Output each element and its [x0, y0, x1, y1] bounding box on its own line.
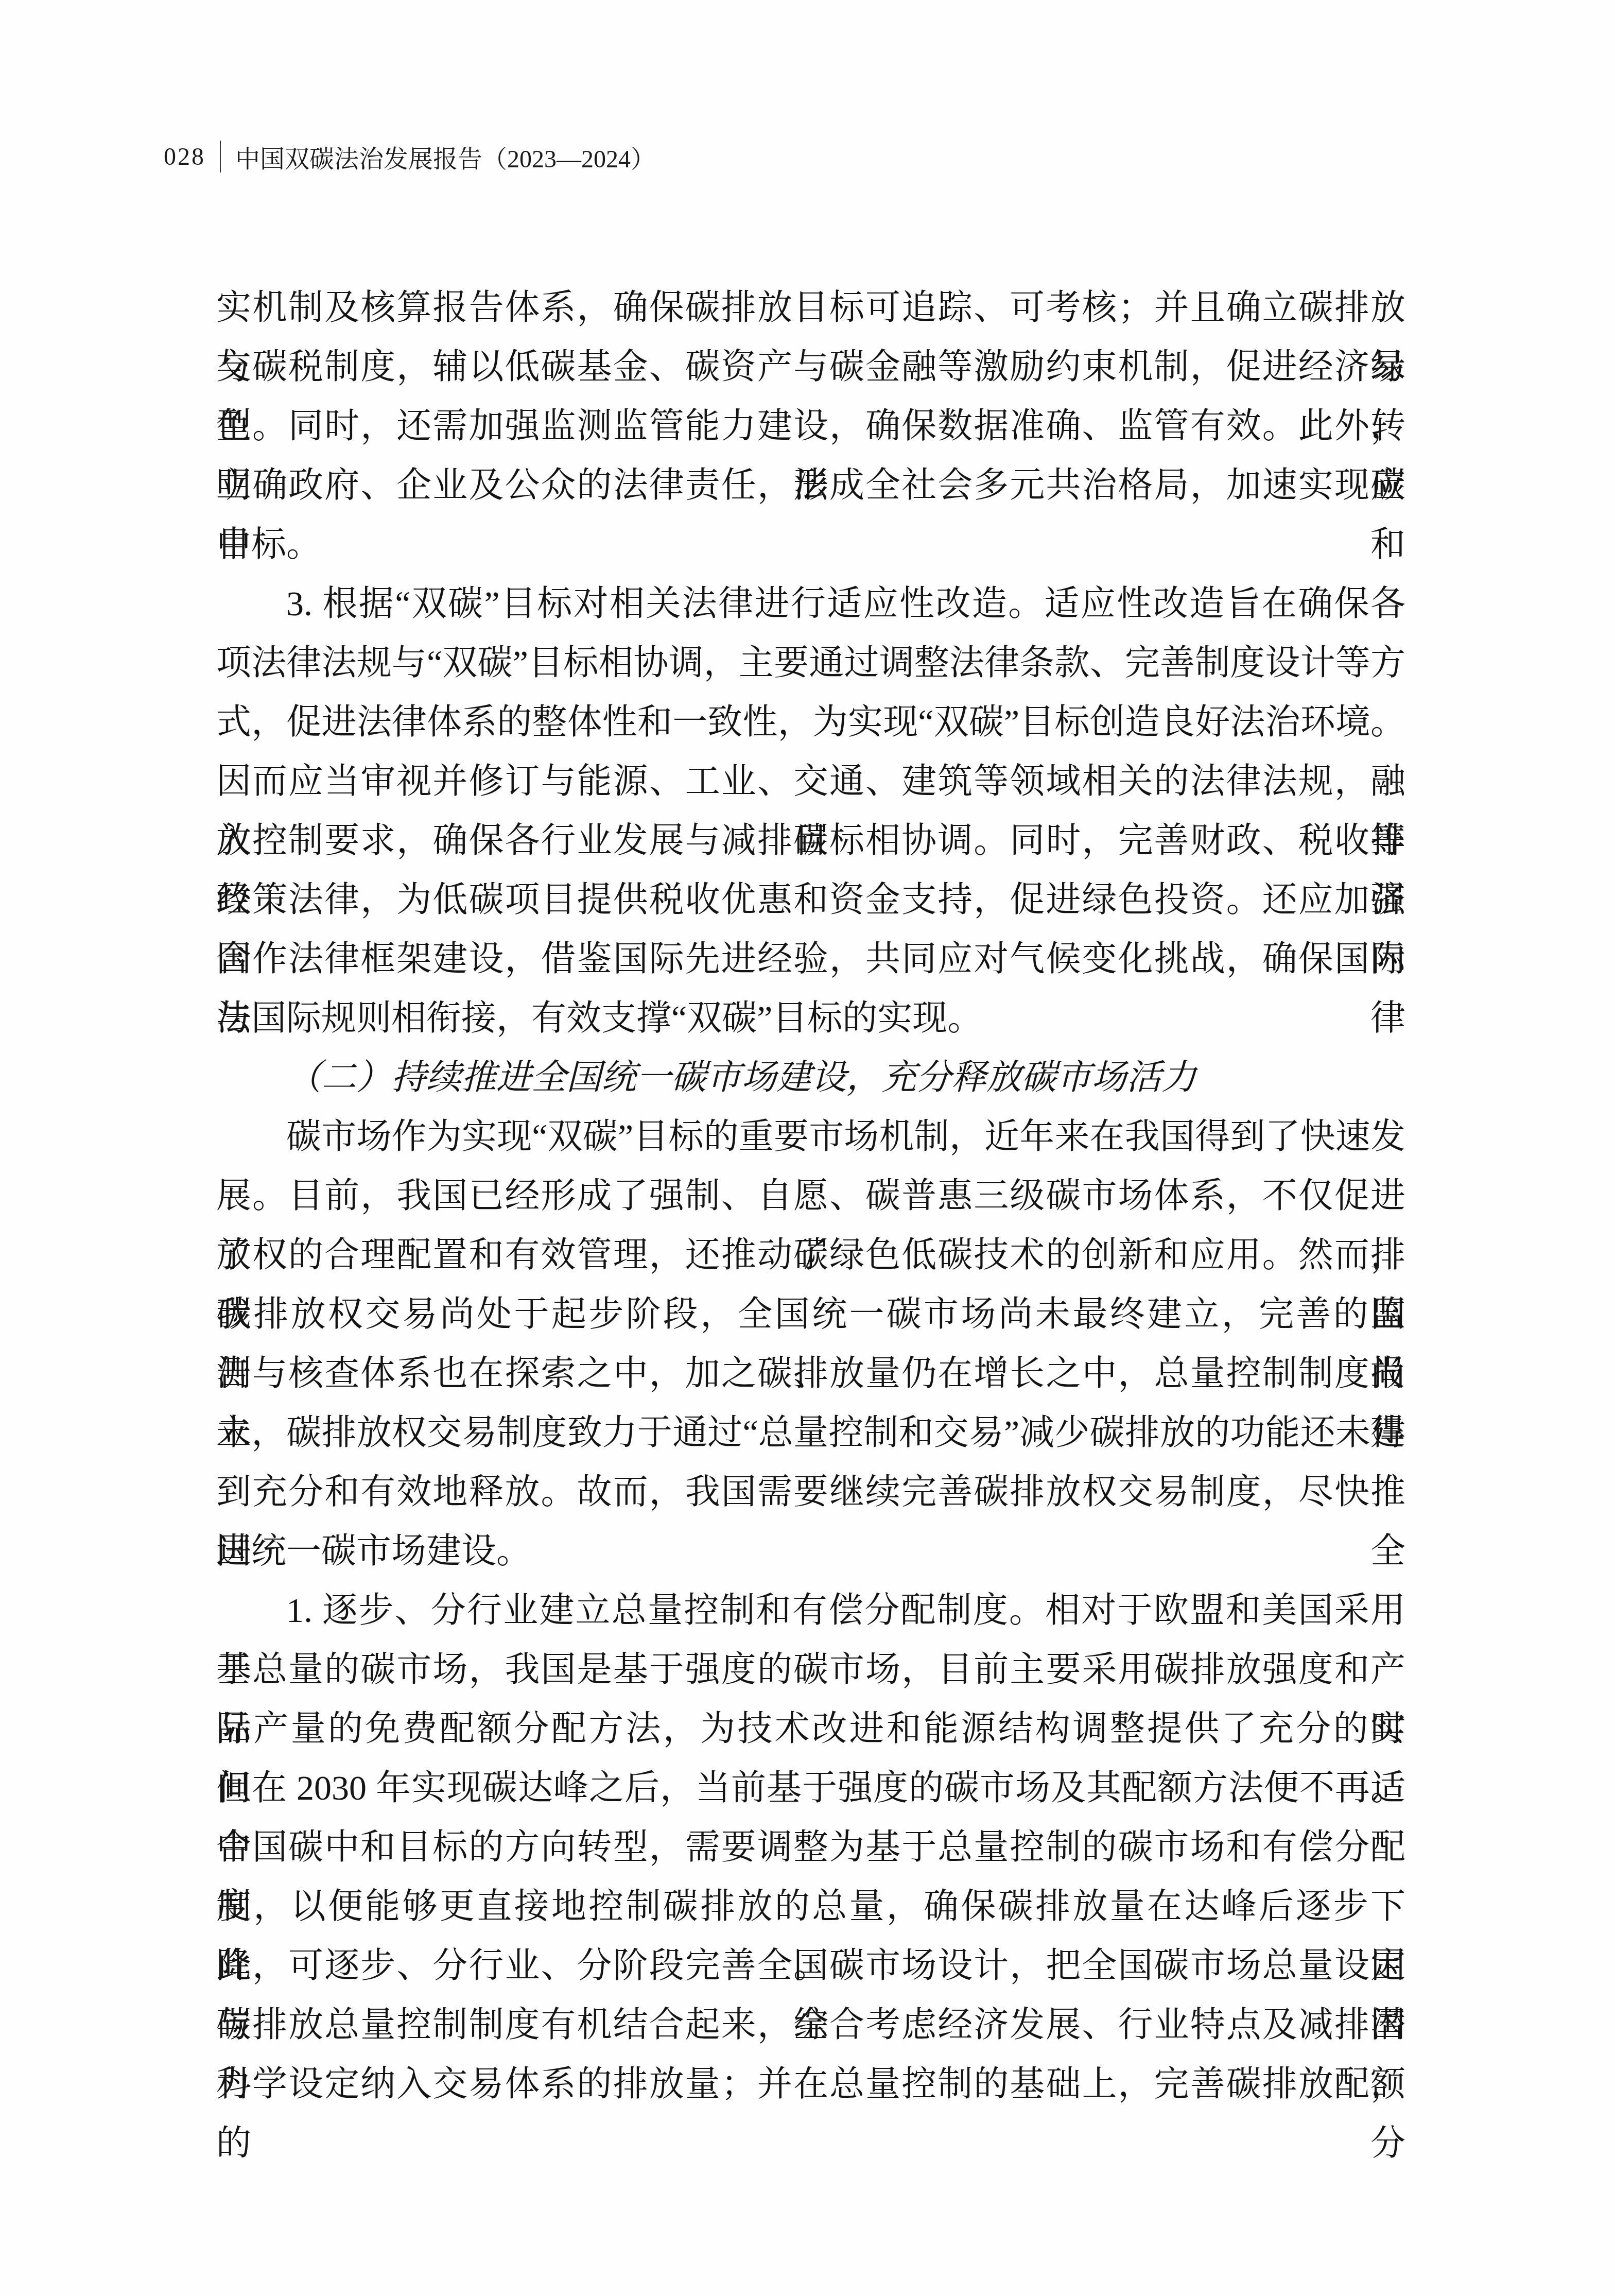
text-line: 放控制要求，确保各行业发展与减排目标相协调。同时，完善财政、税收等经济 — [216, 811, 1405, 870]
text-line: 但在 2030 年实现碳达峰之后，当前基于强度的碳市场及其配额方法便不再适合 — [216, 1758, 1405, 1818]
text-line: 此，可逐步、分行业、分阶段完善全国碳市场设计，把全国碳市场总量设定与全国 — [216, 1936, 1405, 1995]
text-line: 际产量的免费配额分配方法，为技术改进和能源结构调整提供了充分的时间。 — [216, 1699, 1405, 1758]
text-line: 立，碳排放权交易制度致力于通过“总量控制和交易”减少碳排放的功能还未得 — [216, 1403, 1405, 1462]
text-line: 式，促进法律体系的整体性和一致性，为实现“双碳”目标创造良好法治环境。 — [216, 693, 1405, 752]
text-line: 型。同时，还需加强监测监管能力建设，确保数据准确、监管有效。此外，立法应 — [216, 396, 1405, 456]
paragraph: 碳市场作为实现“双碳”目标的重要市场机制，近年来在我国得到了快速发展。目前，我国… — [216, 1107, 1405, 1581]
page-header: 028 中国双碳法治发展报告（2023—2024） — [164, 138, 655, 175]
text-line: 碳排放总量控制制度有机结合起来，综合考虑经济发展、行业特点及减排潜力， — [216, 1995, 1405, 2055]
heading-line: （二）持续推进全国统一碳市场建设，充分释放碳市场活力 — [216, 1048, 1405, 1107]
text-line: 到充分和有效地释放。故而，我国需要继续完善碳排放权交易制度，尽快推进全 — [216, 1462, 1405, 1522]
text-line: 度，以便能够更直接地控制碳排放的总量，确保碳排放量在达峰后逐步下降。因 — [216, 1877, 1405, 1936]
running-head-book-title: 中国双碳法治发展报告（2023—2024） — [235, 139, 655, 175]
paragraph: 1. 逐步、分行业建立总量控制和有偿分配制度。相对于欧盟和美国采用基于总量的碳市… — [216, 1581, 1405, 2114]
book-page: 028 中国双碳法治发展报告（2023—2024） 实机制及核算报告体系，确保碳… — [0, 0, 1615, 2296]
text-line: 与碳税制度，辅以低碳基金、碳资产与碳金融等激励约束机制，促进经济绿色转 — [216, 337, 1405, 396]
text-line: 碳市场作为实现“双碳”目标的重要市场机制，近年来在我国得到了快速发 — [216, 1107, 1405, 1166]
text-line: 因而应当审视并修订与能源、工业、交通、建筑等领域相关的法律法规，融入碳排 — [216, 752, 1405, 811]
section-heading: （二）持续推进全国统一碳市场建设，充分释放碳市场活力 — [216, 1048, 1405, 1107]
text-line: 中国碳中和目标的方向转型，需要调整为基于总量控制的碳市场和有偿分配制 — [216, 1818, 1405, 1877]
header-divider-line — [220, 141, 221, 172]
text-line: 实机制及核算报告体系，确保碳排放目标可追踪、可考核；并且确立碳排放交易 — [216, 278, 1405, 337]
text-line: 项法律法规与“双碳”目标相协调，主要通过调整法律条款、完善制度设计等方 — [216, 633, 1405, 693]
text-line: 1. 逐步、分行业建立总量控制和有偿分配制度。相对于欧盟和美国采用基 — [216, 1581, 1405, 1640]
page-body-text: 实机制及核算报告体系，确保碳排放目标可追踪、可考核；并且确立碳排放交易与碳税制度… — [216, 278, 1405, 2114]
text-line: 合作法律框架建设，借鉴国际先进经验，共同应对气候变化挑战，确保国内法律 — [216, 929, 1405, 989]
text-line: 于总量的碳市场，我国是基于强度的碳市场，目前主要采用碳排放强度和产品实 — [216, 1640, 1405, 1699]
page-number: 028 — [164, 143, 205, 171]
paragraph: 实机制及核算报告体系，确保碳排放目标可追踪、可考核；并且确立碳排放交易与碳税制度… — [216, 278, 1405, 574]
text-line: 科学设定纳入交易体系的排放量；并在总量控制的基础上，完善碳排放配额的分 — [216, 2055, 1405, 2114]
text-line: 放权的合理配置和有效管理，还推动了绿色低碳技术的创新和应用。然而，我国 — [216, 1225, 1405, 1285]
text-line: 告与核查体系也在探索之中，加之碳排放量仍在增长之中，总量控制制度尚未建 — [216, 1344, 1405, 1403]
text-line: 碳排放权交易尚处于起步阶段，全国统一碳市场尚未最终建立，完善的监测、报 — [216, 1285, 1405, 1344]
text-line: 明确政府、企业及公众的法律责任，形成全社会多元共治格局，加速实现碳中和 — [216, 456, 1405, 515]
text-line: 3. 根据“双碳”目标对相关法律进行适应性改造。适应性改造旨在确保各 — [216, 574, 1405, 633]
text-line: 展。目前，我国已经形成了强制、自愿、碳普惠三级碳市场体系，不仅促进了碳排 — [216, 1166, 1405, 1225]
text-line: 政策法律，为低碳项目提供税收优惠和资金支持，促进绿色投资。还应加强国际 — [216, 870, 1405, 929]
paragraph: 3. 根据“双碳”目标对相关法律进行适应性改造。适应性改造旨在确保各项法律法规与… — [216, 574, 1405, 1048]
